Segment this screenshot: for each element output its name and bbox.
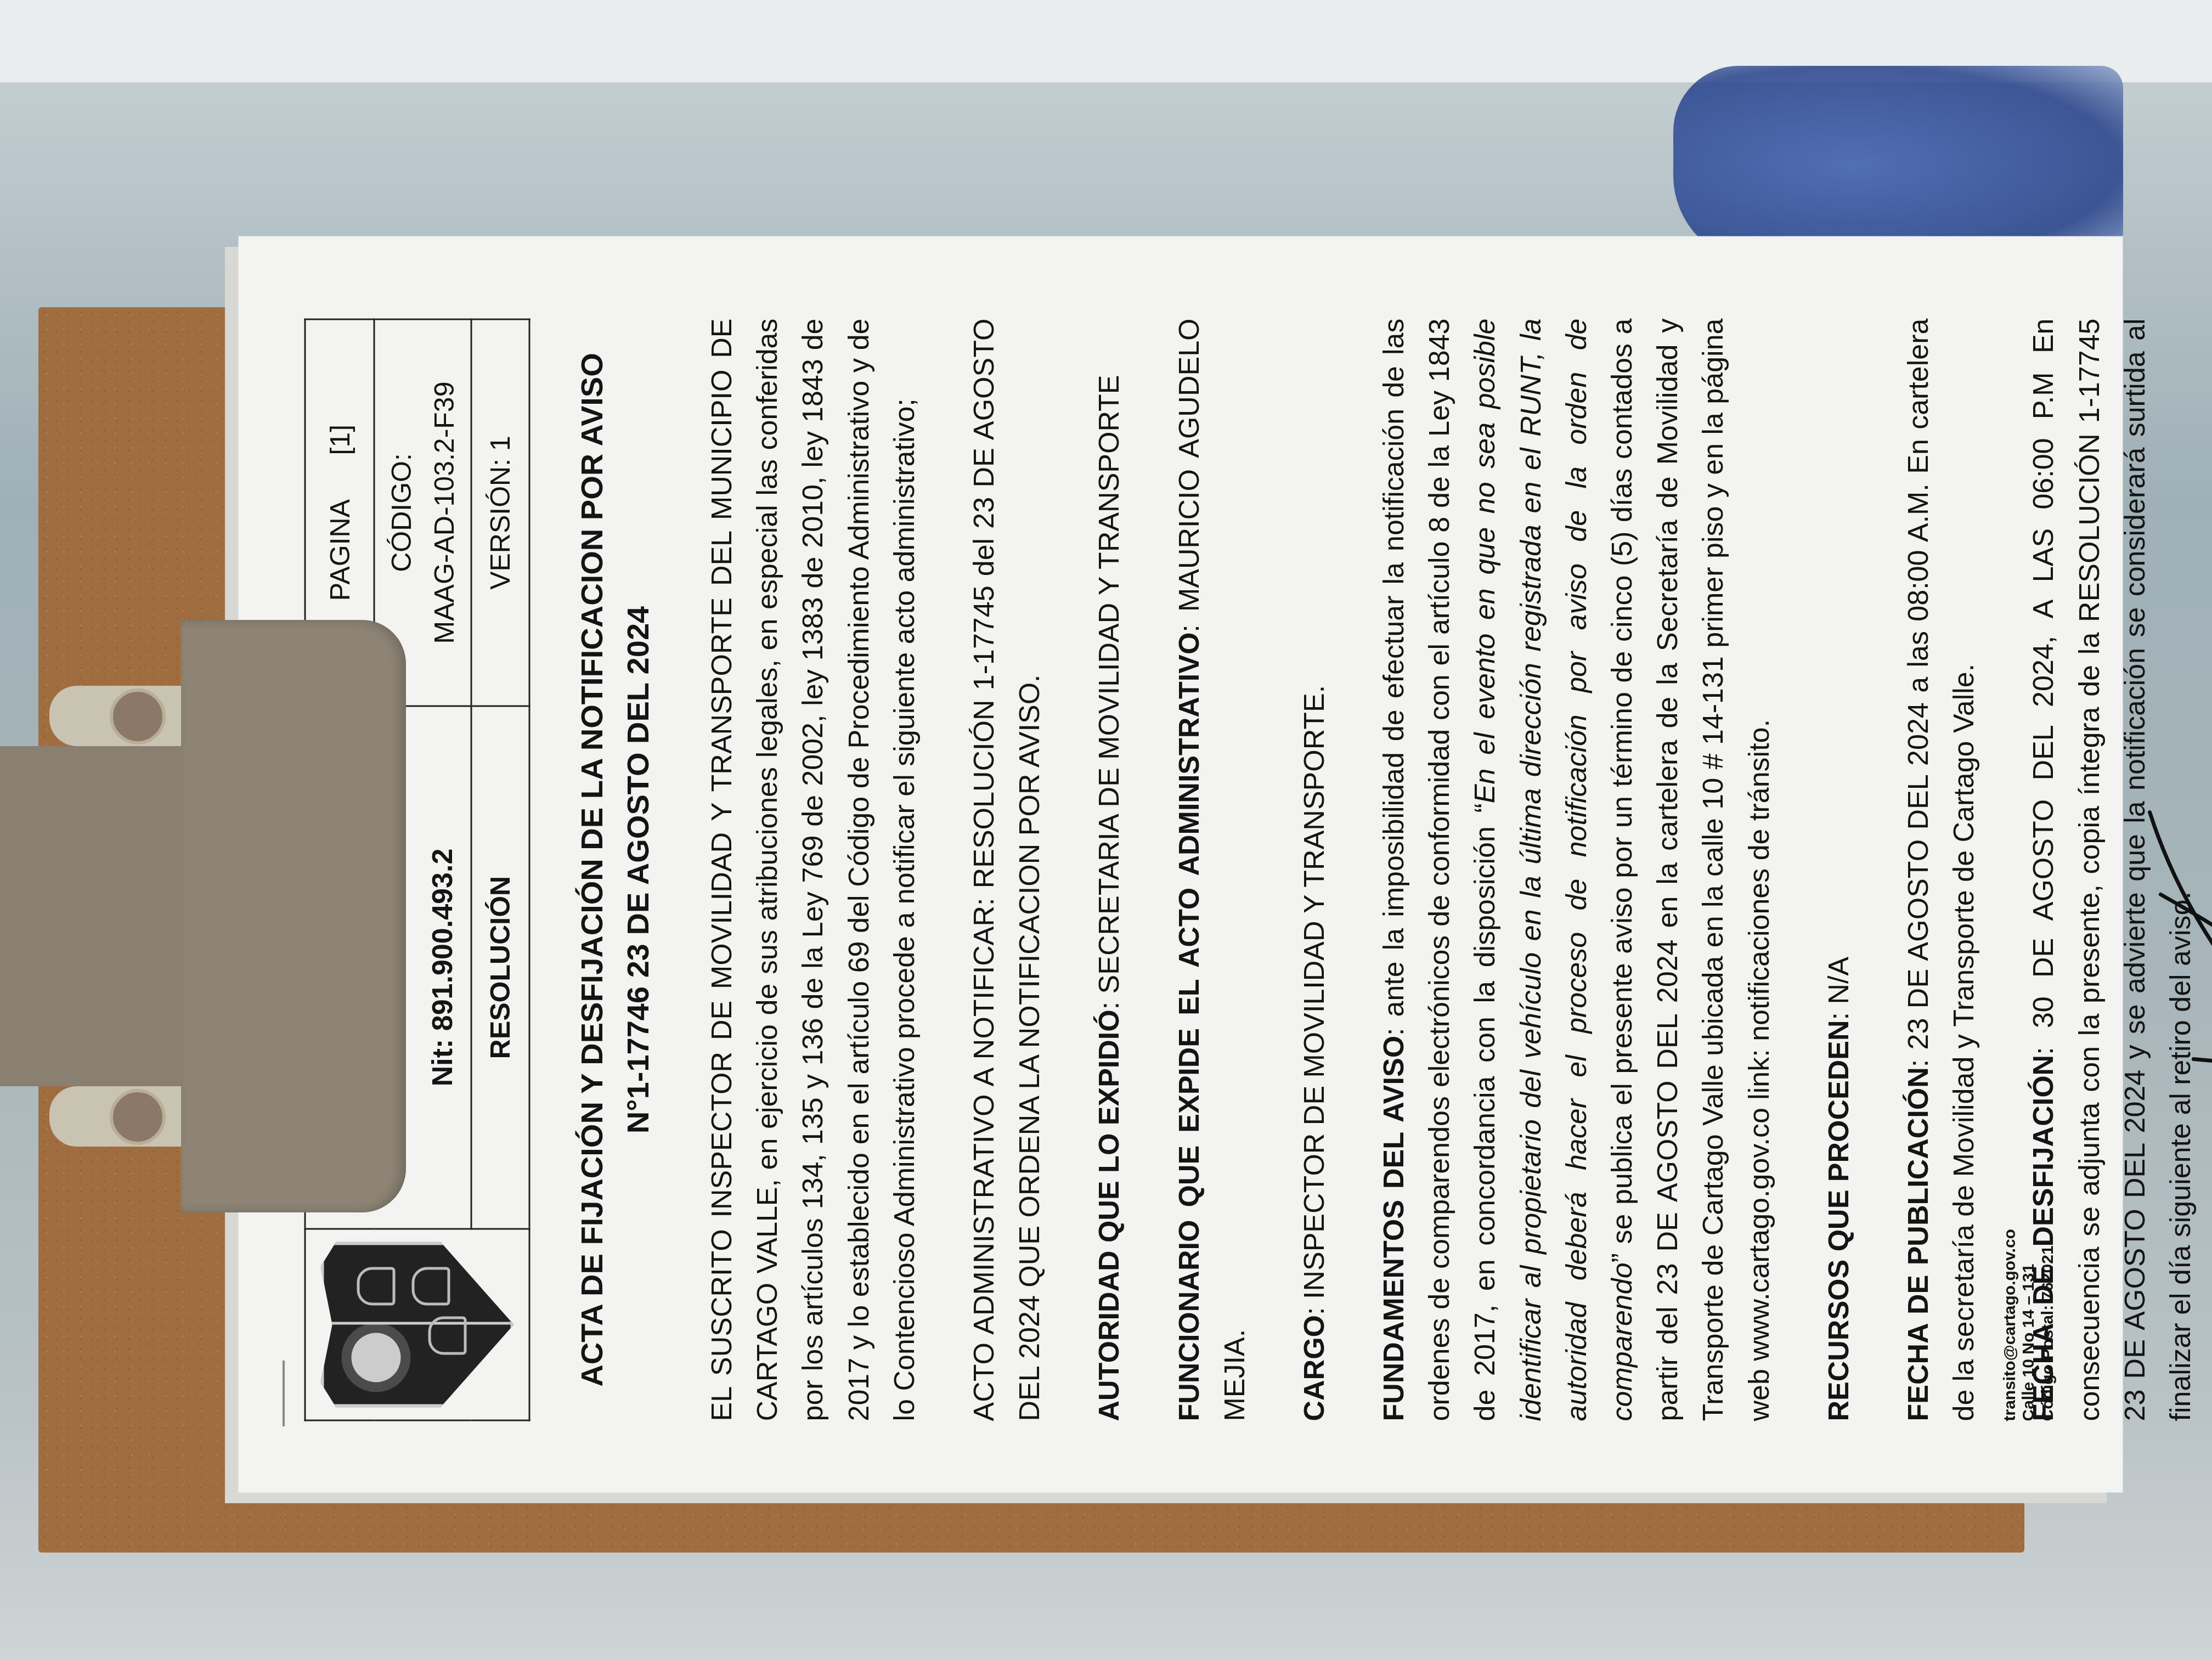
funcionario-paragraph: FUNCIONARIO QUE EXPIDE EL ACTO ADMINISTR… — [1166, 319, 1257, 1421]
document-page: MUNICIPIO DE CARTAGO VALLE DEL CAUCA Nit… — [239, 236, 2123, 1493]
publicacion-label: FECHA DE PUBLICACIÓN — [1902, 1067, 1934, 1421]
recursos-label: RECURSOS QUE PROCEDEN — [1822, 1020, 1854, 1421]
page-label: PAGINA — [324, 501, 355, 601]
footer-email: transito@cartago.gov.co — [2000, 1229, 2019, 1421]
cargo-label: CARGO — [1298, 1315, 1330, 1421]
footer-address: Calle 10 No 14 – 131 — [2019, 1229, 2039, 1421]
autoridad-label: AUTORIDAD QUE LO EXPIDIÓ — [1093, 1009, 1125, 1421]
title-line-2: N°1-17746 23 DE AGOSTO DEL 2024 — [615, 319, 661, 1421]
handwritten-signature-icon — [2128, 785, 2212, 1389]
document-body: EL SUSCRITO INSPECTOR DE MOVILIDAD Y TRA… — [699, 319, 2204, 1421]
autoridad-value: : SECRETARIA DE MOVILIDAD Y TRANSPORTE — [1093, 375, 1125, 1009]
page-footer: transito@cartago.gov.co Calle 10 No 14 –… — [2000, 1229, 2057, 1421]
footer-postal: Código Postal: 762021 — [2038, 1229, 2057, 1421]
fundamentos-text-b: ” se publica el presente aviso por un té… — [1606, 319, 1775, 1421]
intro-paragraph: EL SUSCRITO INSPECTOR DE MOVILIDAD Y TRA… — [699, 319, 928, 1421]
fundamentos-label: FUNDAMENTOS DEL AVISO — [1378, 1036, 1410, 1421]
page-value: [1] — [324, 425, 355, 455]
cargo-value: : INSPECTOR DE MOVILIDAD Y TRANSPORTE. — [1298, 685, 1330, 1315]
doc-type: RESOLUCIÓN — [471, 706, 529, 1229]
rivet-icon — [110, 1089, 166, 1145]
cargo-paragraph: CARGO: INSPECTOR DE MOVILIDAD Y TRANSPOR… — [1291, 319, 1337, 1421]
funcionario-label: FUNCIONARIO QUE EXPIDE EL ACTO ADMINISTR… — [1173, 633, 1205, 1421]
recursos-paragraph: RECURSOS QUE PROCEDEN: N/A — [1816, 319, 1861, 1421]
title-line-1: ACTA DE FIJACIÓN Y DESFIJACIÓN DE LA NOT… — [569, 319, 615, 1421]
paper-edge-mark — [283, 1361, 285, 1426]
version: VERSIÓN: 1 — [471, 319, 529, 706]
recursos-value: : N/A — [1822, 957, 1854, 1020]
nit: Nit: 891.900.493.2 — [426, 708, 459, 1228]
document-title: ACTA DE FIJACIÓN Y DESFIJACIÓN DE LA NOT… — [569, 319, 661, 1421]
publicacion-paragraph: FECHA DE PUBLICACIÓN: 23 DE AGOSTO DEL 2… — [1895, 319, 1987, 1421]
coat-of-arms-icon — [321, 1242, 514, 1408]
autoridad-paragraph: AUTORIDAD QUE LO EXPIDIÓ: SECRETARIA DE … — [1087, 319, 1132, 1421]
blue-object-background — [1673, 66, 2123, 263]
clipboard-clip[interactable] — [0, 620, 406, 1212]
code-value: MAAG-AD-103.2-F39 — [428, 321, 460, 705]
acto-paragraph: ACTO ADMINISTRATIVO A NOTIFICAR: RESOLUC… — [961, 319, 1052, 1421]
rivet-icon — [110, 689, 166, 744]
fundamentos-paragraph: FUNDAMENTOS DEL AVISO: ante la imposibil… — [1372, 319, 1782, 1421]
logo-cell — [305, 1229, 529, 1420]
clip-jaw — [181, 620, 406, 1212]
